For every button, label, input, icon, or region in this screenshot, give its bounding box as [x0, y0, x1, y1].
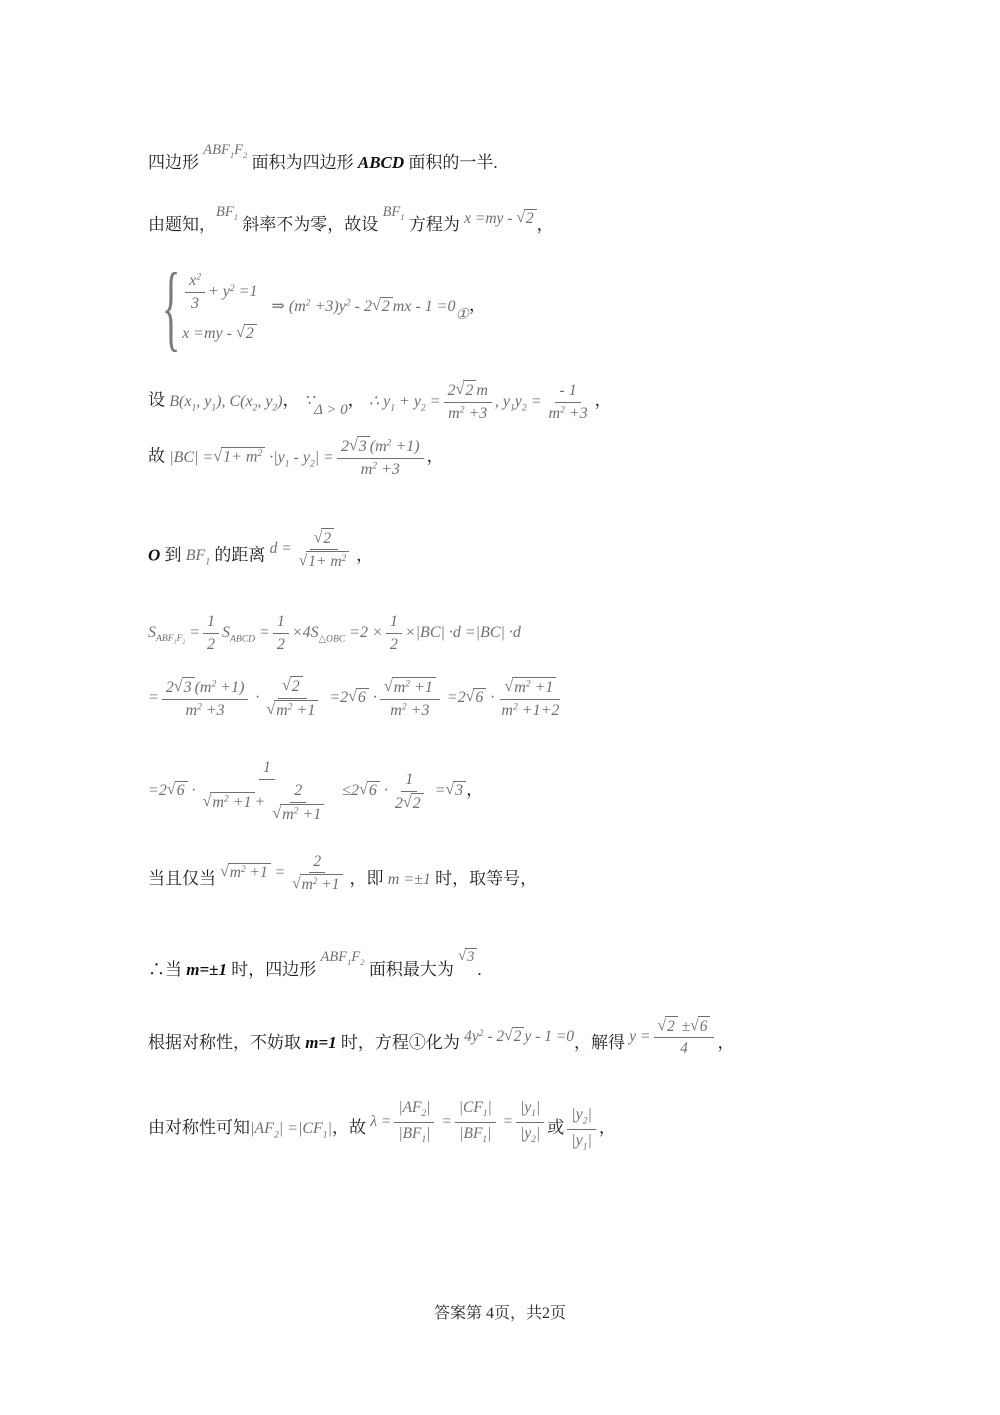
radical-icon: √	[282, 676, 291, 696]
subscript: 1	[422, 1135, 427, 1145]
subscript: 1	[323, 1129, 328, 1140]
line-7: SABF1F2 =12SABCD =12×4S△OBC =2 ×12×|BC| …	[148, 612, 521, 655]
sqrt: √2	[314, 528, 334, 548]
denominator: |BF1|	[455, 1123, 495, 1147]
formula-run: y =√2 ±√64	[629, 1028, 717, 1045]
numerator: x2	[185, 271, 205, 293]
equation-system: {x23+ y2 =1x =my - √2	[148, 266, 257, 348]
subscript: 2	[522, 402, 527, 413]
radicand: m2 +1	[228, 863, 271, 882]
sqrt: √m2 +1	[266, 700, 318, 721]
superscript: 2	[288, 702, 293, 713]
span: 1	[583, 1141, 588, 1152]
line-4: 设 B(x1, y1), C(x2, y2)， ∵Δ > 0， ∴ y1 + y…	[148, 380, 612, 424]
fraction: 12	[273, 612, 289, 655]
radicand: 3	[357, 436, 370, 457]
sqrt: √2	[236, 324, 257, 343]
formula-run: Δ > 0	[314, 402, 348, 418]
subscript: 1	[174, 640, 177, 646]
text-run: ，	[717, 1033, 734, 1052]
numerator: 1	[273, 612, 289, 634]
numerator: 2√3(m2 +1)	[337, 436, 424, 459]
span: 2	[224, 793, 229, 804]
sqrt: √3	[349, 436, 370, 457]
denominator: m2 +3	[182, 700, 229, 721]
latin-text-run: ABCD	[358, 153, 404, 172]
numerator: 2	[309, 852, 325, 873]
sqrt: √3	[458, 948, 477, 966]
formula-run: B(x1, y1), C(x2, y2)	[169, 393, 282, 410]
radical-icon: √	[690, 1016, 699, 1035]
radical-icon: √	[658, 1016, 667, 1035]
formula-run: |AF2| =|CF1|	[250, 1120, 332, 1137]
sqrt: √2	[282, 676, 303, 697]
superscript: 2	[224, 793, 229, 804]
span: 1	[174, 640, 177, 646]
line-10: 当且仅当 √m2 +1 =2√m2 +1，即 m =±1 时，取等号，	[148, 852, 537, 895]
text-run: ，	[469, 296, 486, 315]
denominator: m2 +3	[545, 403, 592, 424]
text-run: 设	[148, 391, 169, 410]
superscript: 2	[372, 461, 377, 472]
superscript: 2	[241, 865, 246, 875]
fraction: 2√m2 +1	[288, 852, 346, 895]
sqrt: √1+ m2	[299, 551, 349, 571]
fraction: |AF2||BF1|	[394, 1098, 434, 1147]
radical-icon: √	[174, 677, 183, 697]
radicand: 2	[380, 297, 393, 316]
denominator: 2	[273, 634, 289, 655]
equation-system-rows: x23+ y2 =1x =my - √2	[182, 271, 257, 343]
equation-row: x =my - √2	[182, 324, 257, 343]
text-run: 四边形	[148, 153, 203, 172]
fraction: |CF1||BF1|	[455, 1098, 496, 1147]
numerator: √m2 +1	[500, 677, 560, 700]
radical-icon: √	[167, 781, 176, 799]
fraction: 2√m2 +1	[268, 781, 328, 825]
radicand: 3	[453, 781, 466, 800]
fraction: |y1||y2|	[516, 1098, 544, 1147]
span: 2	[531, 1135, 536, 1145]
span: 2	[421, 402, 426, 413]
radical-icon: √	[403, 793, 412, 813]
text-run: ，解得	[574, 1033, 629, 1052]
fraction: 12√2	[391, 770, 428, 814]
radicand: 3	[465, 948, 477, 966]
subscript: 1	[230, 150, 234, 160]
text-run: 根据对称性，不妨取	[148, 1033, 305, 1052]
radicand: m2 +1	[512, 677, 556, 698]
subscript: 1	[510, 402, 515, 413]
span: 1	[510, 402, 515, 413]
superscript: 2	[513, 701, 518, 712]
numerator: 1	[259, 758, 275, 780]
latin-text-run: O	[148, 545, 160, 564]
numerator: |y2|	[567, 1105, 596, 1129]
span: 2	[196, 272, 201, 283]
subscript: 2	[253, 402, 258, 413]
subscript: 1	[211, 402, 216, 413]
span: 2	[387, 438, 392, 449]
span: 2	[310, 458, 315, 469]
radical-icon: √	[220, 863, 229, 881]
sqrt: √2	[372, 297, 393, 316]
numerator: |y1|	[516, 1098, 544, 1123]
denominator: |BF1|	[394, 1123, 434, 1147]
text-run: 由对称性可知	[148, 1118, 250, 1137]
fraction: 2√2mm2 +3	[444, 380, 492, 424]
subscript: 2	[273, 402, 278, 413]
span: ABCD	[230, 633, 255, 644]
span: 1	[422, 1135, 427, 1145]
text-run: 的距离	[210, 545, 270, 564]
formula-run: =2√6 ·1√m2 +1+2√m2 +1 ≤2√6 ·12√2 =√3	[148, 782, 466, 799]
denominator: m2 +3	[357, 459, 404, 480]
sqrt: √6	[690, 1016, 710, 1036]
span: 2	[460, 405, 465, 416]
line-5: 故 |BC| =√1+ m2 ·|y1 - y2| =2√3(m2 +1)m2 …	[148, 436, 444, 480]
span: 2	[253, 402, 258, 413]
subscript: 2	[422, 1109, 427, 1119]
text-run: ，	[537, 215, 554, 234]
superscript: 2	[211, 678, 216, 689]
sqrt: √2	[504, 1027, 524, 1046]
text-run: 面积最大为	[365, 960, 459, 979]
line-2: 由题知，BF1 斜率不为零，故设 BF1 方程为 x =my - √2，	[148, 204, 554, 235]
formula-run: √3	[458, 949, 477, 965]
radical-icon: √	[314, 528, 323, 547]
text-run: 斜率不为零，故设	[238, 215, 383, 234]
superscript: 2	[342, 554, 347, 564]
line-12: 根据对称性，不妨取 m=1 时，方程①化为 4y2 - 2√2y - 1 =0，…	[148, 1016, 734, 1059]
numerator: 1	[203, 612, 219, 634]
text-run: ，	[595, 391, 612, 410]
fraction: 12	[203, 612, 219, 655]
fraction: 2√3(m2 +1)m2 +3	[162, 677, 249, 721]
sqrt: √m2 +1	[203, 792, 255, 813]
radicand: 6	[473, 688, 486, 707]
text-run: 故	[148, 447, 169, 466]
fraction: √m2 +1m2 +3	[380, 677, 440, 721]
radical-icon: √	[384, 677, 393, 697]
radical-icon: √	[348, 688, 357, 706]
formula-run: |y2||y1|	[564, 1120, 599, 1137]
sqrt: √m2 +1	[504, 677, 556, 698]
radical-icon: √	[456, 380, 465, 400]
span: 2	[526, 678, 531, 689]
radical-icon: √	[504, 677, 513, 697]
radical-icon: √	[466, 688, 475, 706]
radicand: m2 +1	[280, 804, 324, 825]
denominator: √m2 +1	[288, 873, 346, 894]
radicand: 2	[463, 380, 476, 401]
radicand: 6	[175, 781, 188, 800]
fraction: √m2 +1m2 +1+2	[497, 677, 563, 721]
text-run: 面积为四边形	[247, 153, 358, 172]
radicand: 2	[290, 676, 303, 697]
formula-run: |BC| =√1+ m2 ·|y1 - y2| =2√3(m2 +1)m2 +3	[169, 449, 426, 466]
span: 1	[191, 402, 196, 413]
sqrt: √1+ m2	[213, 447, 265, 466]
span: 2	[182, 640, 185, 646]
radical-icon: √	[292, 874, 301, 893]
radicand: 1+ m2	[221, 447, 265, 466]
latin-text-run: m=±1	[186, 960, 227, 979]
fraction: √2√m2 +1	[262, 676, 322, 721]
subscript: △OBC	[319, 633, 346, 644]
radicand: 2	[411, 793, 424, 814]
radicand: 2	[244, 324, 257, 343]
span: 2	[288, 702, 293, 713]
page-footer: 答案第 4页，共2页	[0, 1300, 1000, 1323]
text-run: 时，方程①化为	[337, 1033, 465, 1052]
span: 1	[483, 1109, 488, 1119]
denominator: |y2|	[516, 1123, 544, 1147]
superscript: 2	[230, 283, 235, 294]
line-11: ∴当 m=±1 时，四边形 ABF1F2 面积最大为 √3.	[148, 948, 482, 980]
superscript: 2	[405, 678, 410, 689]
line-3: {x23+ y2 =1x =my - √2 ⇒ (m2 +3)y2 - 2√2m…	[148, 266, 486, 348]
text-run: ，	[599, 1118, 616, 1137]
span: 2	[422, 1109, 427, 1119]
latin-text-run: m=1	[305, 1033, 336, 1052]
span: 2	[583, 1116, 588, 1127]
radical-icon: √	[266, 700, 275, 720]
superscript: 2	[313, 877, 318, 887]
denominator: √1+ m2	[295, 550, 353, 571]
span: ABF1F2	[156, 633, 185, 644]
span: 1	[347, 957, 351, 967]
numerator: 1	[386, 612, 402, 634]
superscript: 2	[526, 678, 531, 689]
span: 2	[372, 461, 377, 472]
radicand: m2 +1	[300, 874, 343, 894]
sqrt: √m2 +1	[384, 677, 436, 698]
radicand: 1+ m2	[306, 551, 349, 571]
span: 2	[241, 865, 246, 875]
span: 2	[402, 701, 407, 712]
sqrt: √6	[167, 781, 188, 800]
subscript: 1	[483, 1109, 488, 1119]
numerator: |AF2|	[394, 1098, 434, 1123]
span: 2	[513, 701, 518, 712]
formula-run: ABF1F2	[203, 142, 247, 158]
radicand: 3	[182, 677, 195, 698]
denominator: m2 +3	[386, 700, 433, 721]
numerator: √2	[310, 528, 338, 550]
text-run: ，	[348, 391, 369, 410]
superscript: 2	[460, 405, 465, 416]
radicand: 6	[367, 781, 380, 800]
denominator: m2 +1+2	[497, 700, 563, 721]
numerator: √2	[278, 676, 307, 699]
superscript: 2	[346, 297, 351, 308]
page: 四边形 ABF1F2 面积为四边形 ABCD 面积的一半.由题知，BF1 斜率不…	[0, 0, 1000, 1415]
formula-run: ∴ y1 + y2 =2√2mm2 +3, y1y2 =- 1m2 +3	[369, 393, 595, 410]
radical-icon: √	[299, 551, 308, 570]
text-run: ，	[427, 447, 444, 466]
numerator: |CF1|	[455, 1098, 496, 1123]
superscript: 2	[387, 438, 392, 449]
radical-icon: √	[236, 324, 245, 342]
sqrt: √3	[174, 677, 195, 698]
fraction: 2√3(m2 +1)m2 +3	[337, 436, 424, 480]
superscript: 2	[479, 1029, 484, 1039]
subscript: 1	[191, 402, 196, 413]
radical-icon: √	[203, 792, 212, 812]
subscript: 2	[421, 402, 426, 413]
sqrt: √2	[403, 793, 424, 814]
subscript: 2	[182, 640, 185, 646]
numerator: √2 ±√6	[654, 1016, 715, 1038]
numerator: 2√3(m2 +1)	[162, 677, 249, 700]
formula-run: =2√3(m2 +1)m2 +3 ·√2√m2 +1 =2√6 ·√m2 +1m…	[148, 689, 566, 706]
line-13: 由对称性可知|AF2| =|CF1|，故 λ =|AF2||BF1| =|CF1…	[148, 1098, 616, 1153]
subscript: ABCD	[230, 633, 255, 644]
denominator: 2√2	[391, 792, 428, 814]
span: 2	[294, 806, 299, 817]
subscript: 1	[531, 1109, 536, 1119]
radical-icon: √	[349, 436, 358, 456]
fraction: √2 ±√64	[654, 1016, 715, 1059]
span: 1	[323, 1129, 328, 1140]
left-brace-icon: {	[162, 266, 180, 348]
text-run: ，	[356, 545, 373, 564]
line-9: =2√6 ·1√m2 +1+2√m2 +1 ≤2√6 ·12√2 =√3，	[148, 758, 483, 825]
fraction: |y2||y1|	[567, 1105, 596, 1153]
fraction: √2√1+ m2	[295, 528, 353, 572]
span: △OBC	[319, 633, 346, 644]
formula-run: √m2 +1 =2√m2 +1	[220, 864, 349, 881]
fraction: 1√m2 +1+2√m2 +1	[199, 758, 336, 825]
formula-run: BF1	[383, 204, 405, 220]
numerator: 2√2m	[444, 380, 492, 403]
sqrt: √2	[456, 380, 477, 401]
numerator: √m2 +1	[380, 677, 440, 700]
superscript: 2	[560, 404, 565, 415]
span: 2	[346, 297, 351, 308]
text-run: ，	[466, 780, 483, 799]
fraction: x23	[185, 271, 205, 314]
numerator: 1	[401, 770, 417, 792]
sqrt: √m2 +1	[272, 804, 324, 825]
formula-run: ⇒ (m2 +3)y2 - 2√2mx - 1 =0	[267, 298, 455, 315]
radicand: m2 +1	[392, 677, 436, 698]
radicand: 2	[665, 1016, 678, 1036]
radical-icon: √	[372, 297, 381, 315]
radical-icon: √	[359, 781, 368, 799]
radicand: 2	[524, 209, 537, 228]
span: 1	[482, 1135, 487, 1145]
subscript: 2	[531, 1135, 536, 1145]
text-run: 当且仅当	[148, 869, 220, 888]
span: 2	[479, 1029, 484, 1039]
span: 1	[390, 402, 395, 413]
radicand: m2 +1	[274, 700, 318, 721]
denominator: m2 +3	[444, 403, 491, 424]
text-run: 时，取等号，	[431, 869, 537, 888]
radical-icon: √	[504, 1027, 513, 1045]
span: 2	[274, 1129, 279, 1140]
formula-run: ABF1F2	[321, 949, 365, 965]
subscript: 1	[347, 957, 351, 967]
text-run: 到	[160, 545, 186, 564]
radicand: 6	[698, 1016, 711, 1036]
superscript: 2	[197, 701, 202, 712]
formula-run: m =±1	[388, 871, 431, 888]
subscript: 1	[482, 1135, 487, 1145]
span: 2	[306, 297, 311, 308]
radicand: 6	[356, 688, 369, 707]
radical-icon: √	[272, 804, 281, 824]
sqrt: √6	[466, 688, 487, 707]
text-run: 由题知，	[148, 215, 216, 234]
superscript: 2	[196, 272, 201, 283]
span: 2	[257, 448, 262, 459]
radicand: 2	[321, 528, 334, 548]
denominator: √m2 +1	[268, 803, 328, 825]
formula-run: BF1	[216, 204, 238, 220]
span: 2	[197, 701, 202, 712]
denominator: √m2 +1+2√m2 +1	[199, 780, 336, 825]
fraction: 12	[386, 612, 402, 655]
text-run: ，	[283, 391, 304, 410]
radical-icon: √	[213, 448, 222, 466]
span: 2	[211, 678, 216, 689]
span: 2	[273, 402, 278, 413]
formula-run: x =my - √2	[464, 210, 536, 227]
subscript: 1	[390, 402, 395, 413]
sqrt: √2	[658, 1016, 678, 1036]
line-6: O 到 BF1 的距离 d =√2√1+ m2，	[148, 528, 373, 572]
denominator: √m2 +1	[262, 699, 322, 721]
sqrt: √m2 +1	[220, 863, 270, 882]
radicand: 2	[512, 1027, 525, 1046]
text-run: 方程为	[405, 215, 465, 234]
numerator: - 1	[555, 381, 580, 403]
sqrt: √6	[359, 781, 380, 800]
denominator: 2	[203, 634, 219, 655]
denominator: 3	[187, 293, 203, 314]
subscript: 2	[583, 1116, 588, 1127]
sqrt: √2	[516, 209, 536, 228]
line-8: =2√3(m2 +1)m2 +3 ·√2√m2 +1 =2√6 ·√m2 +1m…	[148, 676, 566, 721]
fraction: - 1m2 +3	[545, 381, 592, 424]
span: 1	[211, 402, 216, 413]
span: 2	[522, 402, 527, 413]
line-1: 四边形 ABF1F2 面积为四边形 ABCD 面积的一半.	[148, 142, 498, 173]
formula-run: λ =|AF2||BF1| =|CF1||BF1| =|y1||y2|	[370, 1113, 547, 1130]
subscript: 2	[310, 458, 315, 469]
formula-run: 4y2 - 2√2y - 1 =0	[464, 1028, 574, 1045]
formula-run: d =√2√1+ m2	[270, 540, 357, 557]
span: 2	[560, 404, 565, 415]
sqrt: √m2 +1	[292, 874, 342, 894]
formula-run: BF1	[186, 547, 210, 564]
span: 1	[285, 458, 290, 469]
formula-run: SABF1F2 =12SABCD =12×4S△OBC =2 ×12×|BC| …	[148, 624, 521, 641]
span: 2	[342, 554, 347, 564]
superscript: 2	[306, 297, 311, 308]
superscript: 2	[402, 701, 407, 712]
text-run: ∴当	[148, 960, 186, 979]
text-run: .	[477, 960, 481, 979]
superscript: 2	[257, 448, 262, 459]
sqrt: √6	[348, 688, 369, 707]
subscript: 1	[285, 458, 290, 469]
span: 2	[313, 877, 318, 887]
span: 1	[531, 1109, 536, 1119]
